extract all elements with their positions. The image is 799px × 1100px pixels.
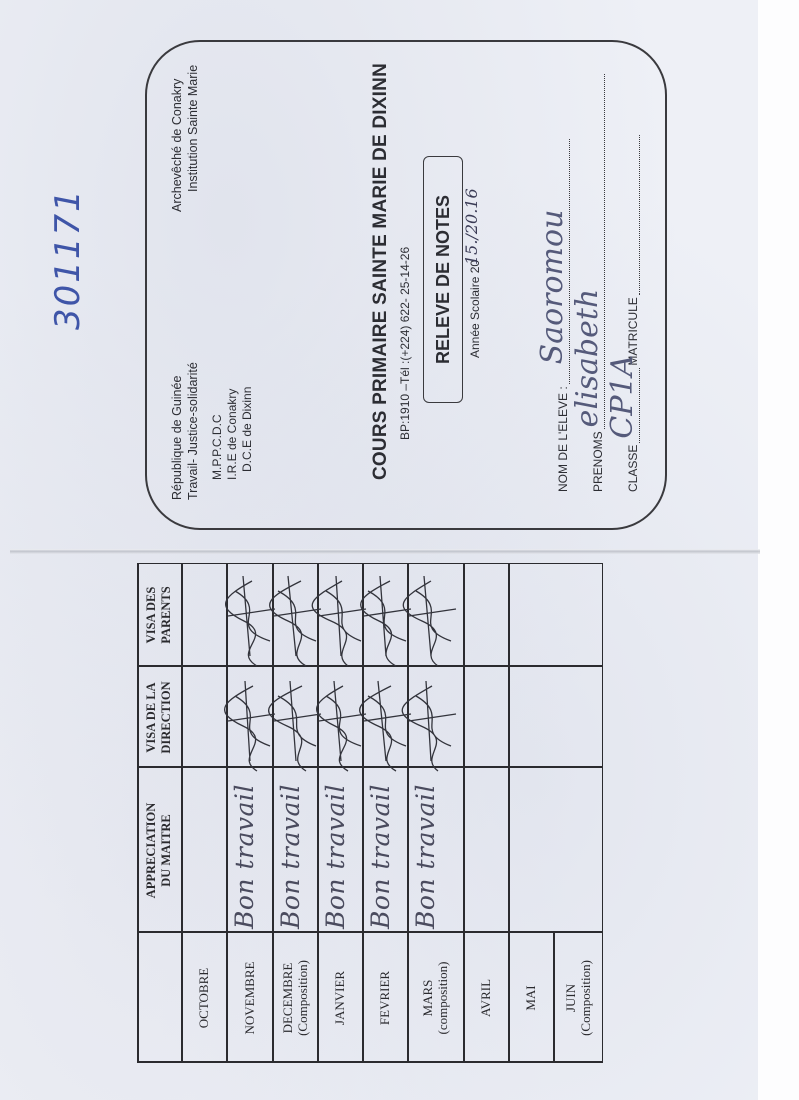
- ire-line: I.R.E de Conakry: [225, 389, 239, 480]
- student-name-value: Saoromou: [538, 210, 568, 365]
- field-student-name: NOM DE L'ELEVE : Saoromou: [555, 139, 570, 492]
- table-row-rule: [553, 933, 555, 1063]
- school-contact: BP:1910 –Tél :(+224) 622- 25-14-26: [398, 247, 412, 440]
- teacher-appreciation: Bon travail: [230, 784, 259, 929]
- month-label: MAI: [523, 933, 538, 1063]
- month-label: AVRIL: [478, 933, 493, 1063]
- school-year-label: Année Scolaire 20: [468, 260, 482, 358]
- table-header-3: VISA DESPARENTS: [144, 563, 174, 667]
- month-label: JANVIER: [332, 933, 347, 1063]
- school-name: COURS PRIMAIRE SAINTE MARIE DE DIXINN: [370, 63, 392, 480]
- field-label: PRENOMS: [591, 431, 605, 492]
- school-year-handwritten: 15./20.16: [462, 188, 481, 265]
- first-names-value: elisabeth: [573, 289, 603, 428]
- table-row-rule: [463, 563, 465, 1063]
- table-row-rule: [181, 563, 183, 1063]
- teacher-appreciation: Bon travail: [366, 784, 395, 929]
- field-first-names: PRENOMS elisabeth: [590, 74, 605, 492]
- field-class: CLASSE CP1A MATRICULE: [625, 135, 640, 492]
- archdiocese-line: Archevêché de Conakry: [170, 79, 184, 212]
- field-line: CP1A: [625, 368, 640, 443]
- month-label: JUIN(Composition): [563, 933, 593, 1063]
- field-label: CLASSE: [626, 445, 640, 492]
- field-line: Saoromou: [555, 139, 570, 384]
- report-card-document: 301171 République de Guinée Travail- Jus…: [0, 0, 799, 1100]
- month-label: OCTOBRE: [196, 933, 211, 1063]
- table-border: [602, 563, 604, 1063]
- table-header-1: APPRECIATIONDU MAITRE: [144, 768, 174, 933]
- class-value: CP1A: [608, 355, 638, 439]
- month-label: NOVEMBRE: [242, 933, 257, 1063]
- direction-signature: [401, 666, 461, 776]
- month-label: MARS(composition): [420, 933, 450, 1063]
- month-label: DECEMBRE(Composition): [280, 933, 310, 1063]
- monthly-appreciation-table: APPRECIATIONDU MAITREVISA DE LADIRECTION…: [137, 563, 603, 1063]
- field-label: NOM DE L'ELEVE :: [556, 386, 570, 492]
- teacher-appreciation: Bon travail: [276, 784, 305, 929]
- country-name: République de Guinée: [170, 376, 184, 500]
- institution-line: Institution Sainte Marie: [186, 65, 200, 192]
- table-row-rule: [508, 563, 510, 1063]
- table-border: [137, 563, 139, 1063]
- dce-line: D.C.E de Dixinn: [240, 387, 254, 472]
- field-line: elisabeth: [590, 74, 605, 429]
- country-motto: Travail- Justice-solidarité: [186, 362, 200, 500]
- ministry-line: M.P.P.C.D.C: [210, 414, 224, 480]
- parent-signature: [401, 561, 461, 671]
- teacher-appreciation: Bon travail: [411, 784, 440, 929]
- teacher-appreciation: Bon travail: [321, 784, 350, 929]
- table-header-2: VISA DE LADIRECTION: [144, 667, 174, 768]
- matricule-line: [625, 135, 640, 295]
- document-title: RELEVE DE NOTES: [423, 156, 463, 403]
- month-label: FEVRIER: [377, 933, 392, 1063]
- handwritten-reference-number: 301171: [48, 188, 88, 330]
